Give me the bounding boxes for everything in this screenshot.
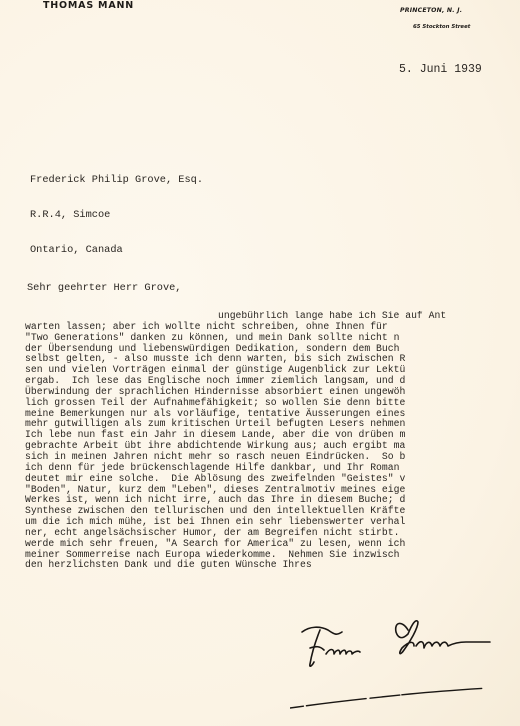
- letter-date: 5. Juni 1939: [399, 63, 482, 76]
- signature-icon: [290, 608, 520, 726]
- signature: [290, 608, 520, 726]
- recipient-line: Ontario, Canada: [30, 245, 203, 257]
- letterhead-name: THOMAS MANN: [43, 0, 134, 11]
- letter-page: THOMAS MANN PRINCETON, N. J. 65 Stockton…: [0, 0, 520, 726]
- recipient-line: Frederick Philip Grove, Esq.: [30, 175, 203, 187]
- recipient-line: R.R.4, Simcoe: [30, 210, 203, 222]
- body-line: den herzlichsten Dank und die guten Wüns…: [25, 560, 520, 571]
- body-line: lich grossen Teil der Aufnahmefähigkeit;…: [25, 398, 520, 409]
- body-line: "Two Generations" danken zu können, und …: [25, 333, 520, 344]
- letter-body: ungebührlich lange habe ich Sie auf Antw…: [25, 311, 520, 571]
- letterhead-street: 65 Stockton Street: [413, 24, 470, 30]
- body-line: werde mich sehr freuen, "A Search for Am…: [25, 539, 520, 550]
- letterhead-city: PRINCETON, N. J.: [400, 7, 462, 14]
- recipient-address: Frederick Philip Grove, Esq. R.R.4, Simc…: [30, 152, 203, 280]
- salutation: Sehr geehrter Herr Grove,: [27, 282, 181, 294]
- body-line: deutet mir eine solche. Die Ablösung des…: [25, 474, 520, 485]
